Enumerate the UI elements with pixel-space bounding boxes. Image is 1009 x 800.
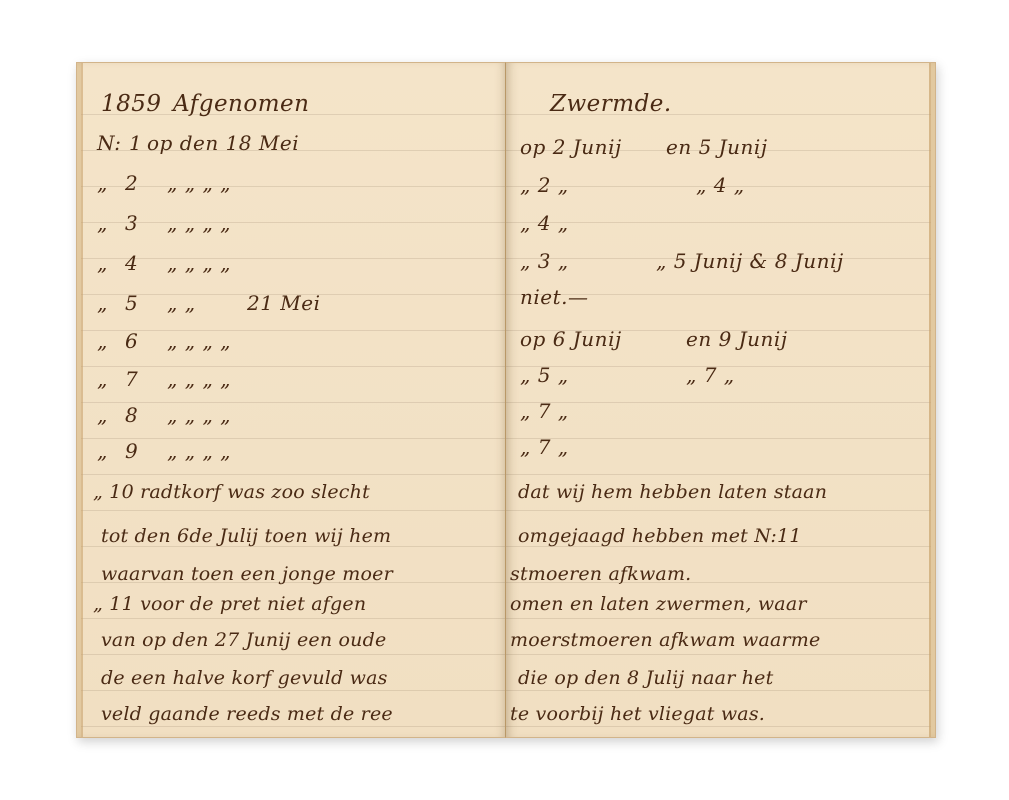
entry-row: „ 7 „ „ „ „ [77, 367, 507, 397]
entry-row: „ 8 „ „ „ „ [77, 403, 507, 433]
swarm-row: „ 7 „ [506, 399, 935, 429]
swarm-row: niet.— [506, 285, 935, 315]
prose-line: stmoeren afkwam. [506, 563, 935, 593]
heading-year: 1859 [101, 91, 162, 117]
prose-line: waarvan toen een jonge moer [77, 563, 507, 593]
notebook-spread: 1859 Afgenomen N: 1 op den 18 Mei „ 2 „ … [76, 62, 936, 738]
entry-row: „ 6 „ „ „ „ [77, 329, 507, 359]
entry-row: „ 3 „ „ „ „ [77, 211, 507, 241]
swarm-row: op 6 Junij en 9 Junij [506, 327, 935, 357]
swarm-row: „ 4 „ [506, 211, 935, 241]
right-page-heading: Zwermde. [506, 91, 935, 121]
prose-line: te voorbij het vliegat was. [506, 703, 935, 733]
entry-row: „ 5 „ „ 21 Mei [77, 291, 507, 321]
prose-line: dat wij hem hebben laten staan [506, 481, 935, 511]
prose-line: van op den 27 Junij een oude [77, 629, 507, 659]
swarm-row: „ 2 „ „ 4 „ [506, 173, 935, 203]
heading-title: Afgenomen [173, 91, 309, 117]
swarm-row: „ 7 „ [506, 435, 935, 465]
prose-line: omgejaagd hebben met N:11 [506, 525, 935, 555]
entry-row: „ 4 „ „ „ „ [77, 251, 507, 281]
prose-line: veld gaande reeds met de ree [77, 703, 507, 733]
swarm-row: „ 5 „ „ 7 „ [506, 363, 935, 393]
left-page-heading: 1859 Afgenomen [77, 91, 507, 121]
right-page: Zwermde. op 2 Junij en 5 Junij „ 2 „ „ 4… [505, 62, 936, 738]
prose-line: „ 10 radtkorf was zoo slecht [77, 481, 507, 511]
prose-line: „ 11 voor de pret niet afgen [77, 593, 507, 623]
entry-row: „ 2 „ „ „ „ [77, 171, 507, 201]
prose-line: omen en laten zwermen, waar [506, 593, 935, 623]
swarm-row: „ 3 „ „ 5 Junij & 8 Junij [506, 249, 935, 279]
prose-line: de een halve korf gevuld was [77, 667, 507, 697]
swarm-row: op 2 Junij en 5 Junij [506, 135, 935, 165]
prose-line: die op den 8 Julij naar het [506, 667, 935, 697]
entry-row: „ 9 „ „ „ „ [77, 439, 507, 469]
prose-line: tot den 6de Julij toen wij hem [77, 525, 507, 555]
left-page: 1859 Afgenomen N: 1 op den 18 Mei „ 2 „ … [76, 62, 507, 738]
prose-line: moerstmoeren afkwam waarme [506, 629, 935, 659]
entry-row: N: 1 op den 18 Mei [77, 131, 507, 161]
